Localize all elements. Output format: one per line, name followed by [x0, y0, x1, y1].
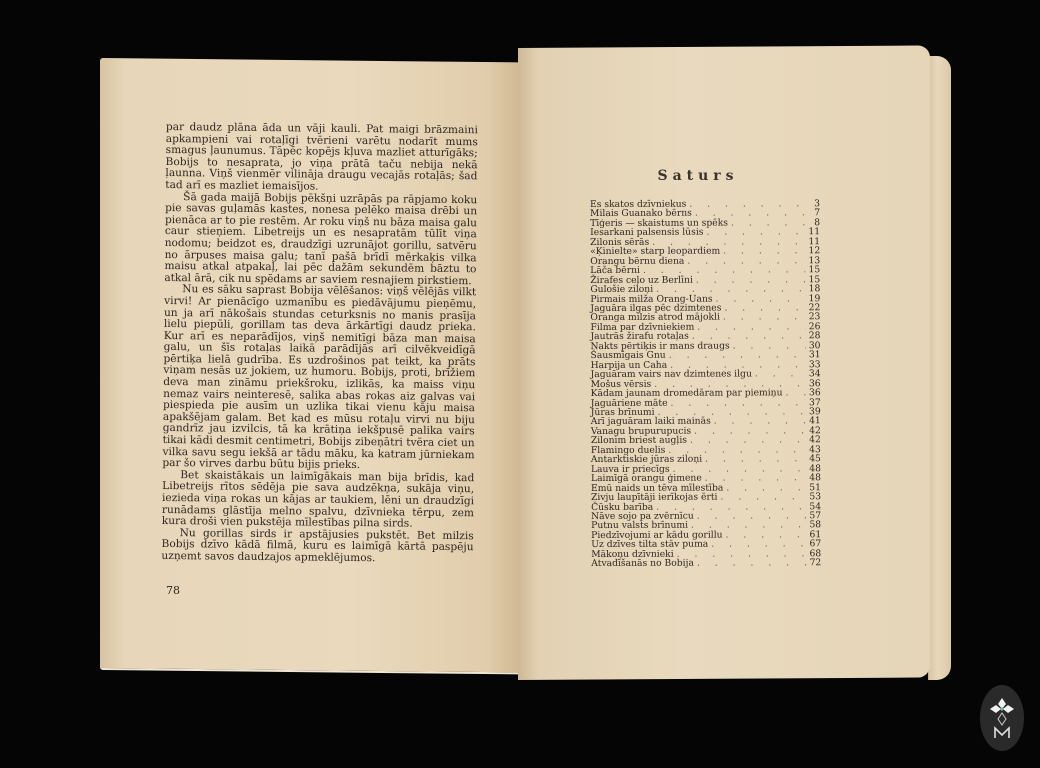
toc-leader-dots — [755, 369, 806, 379]
toc-leader-dots — [711, 540, 806, 550]
toc-title: Saturs — [628, 168, 768, 184]
toc-leader-dots — [731, 218, 805, 228]
paragraph: Nu gorillas sirds ir apstājusies pukstēt… — [161, 528, 473, 566]
toc-leader-dots — [697, 322, 805, 332]
diamond-flower-logo-icon — [987, 696, 1017, 740]
paragraph: Bet skaistākais un laimīgākais man bija … — [162, 470, 475, 531]
toc-leader-dots — [696, 275, 805, 285]
toc-leader-dots — [726, 530, 807, 540]
toc-leader-dots — [706, 228, 805, 238]
toc-leader-dots — [687, 256, 805, 266]
toc-leader-dots — [733, 341, 806, 351]
toc-leader-dots — [690, 436, 806, 446]
toc-leader-dots — [724, 303, 805, 313]
toc-entry: Atvadīšanās no Bobija72 — [591, 558, 821, 568]
paragraph: Šā gada maijā Bobijs pēkšņi uzrāpās pa r… — [164, 192, 477, 288]
toc-leader-dots — [694, 426, 806, 436]
toc-leader-dots — [716, 294, 806, 304]
paragraph: Nu es sāku saprast Bobija vēlēšanos: viņ… — [162, 284, 476, 473]
toc-leader-dots — [689, 199, 805, 209]
toc-leader-dots — [697, 558, 806, 568]
toc-entry-page: 72 — [806, 558, 821, 568]
toc-leader-dots — [726, 483, 806, 493]
left-page-body: par daudz plāna āda un vāji kauli. Pat m… — [161, 122, 478, 566]
toc-leader-dots — [671, 398, 806, 408]
toc-leader-dots — [786, 388, 806, 398]
table-of-contents: Es skatos dzīvniekus3Milais Guanako bērn… — [590, 199, 821, 568]
toc-leader-dots — [697, 511, 806, 521]
watermark-logo — [980, 685, 1024, 751]
toc-leader-dots — [669, 350, 806, 360]
toc-leader-dots — [714, 417, 806, 427]
page-stack-edge — [928, 56, 951, 680]
page-number: 78 — [166, 584, 180, 597]
toc-leader-dots — [723, 313, 806, 323]
toc-leader-dots — [720, 492, 806, 502]
toc-leader-dots — [677, 549, 807, 559]
toc-leader-dots — [723, 247, 805, 257]
toc-entry-title: Atvadīšanās no Bobija — [591, 559, 697, 569]
paragraph: par daudz plāna āda un vāji kauli. Pat m… — [165, 122, 478, 195]
toc-leader-dots — [705, 454, 806, 464]
